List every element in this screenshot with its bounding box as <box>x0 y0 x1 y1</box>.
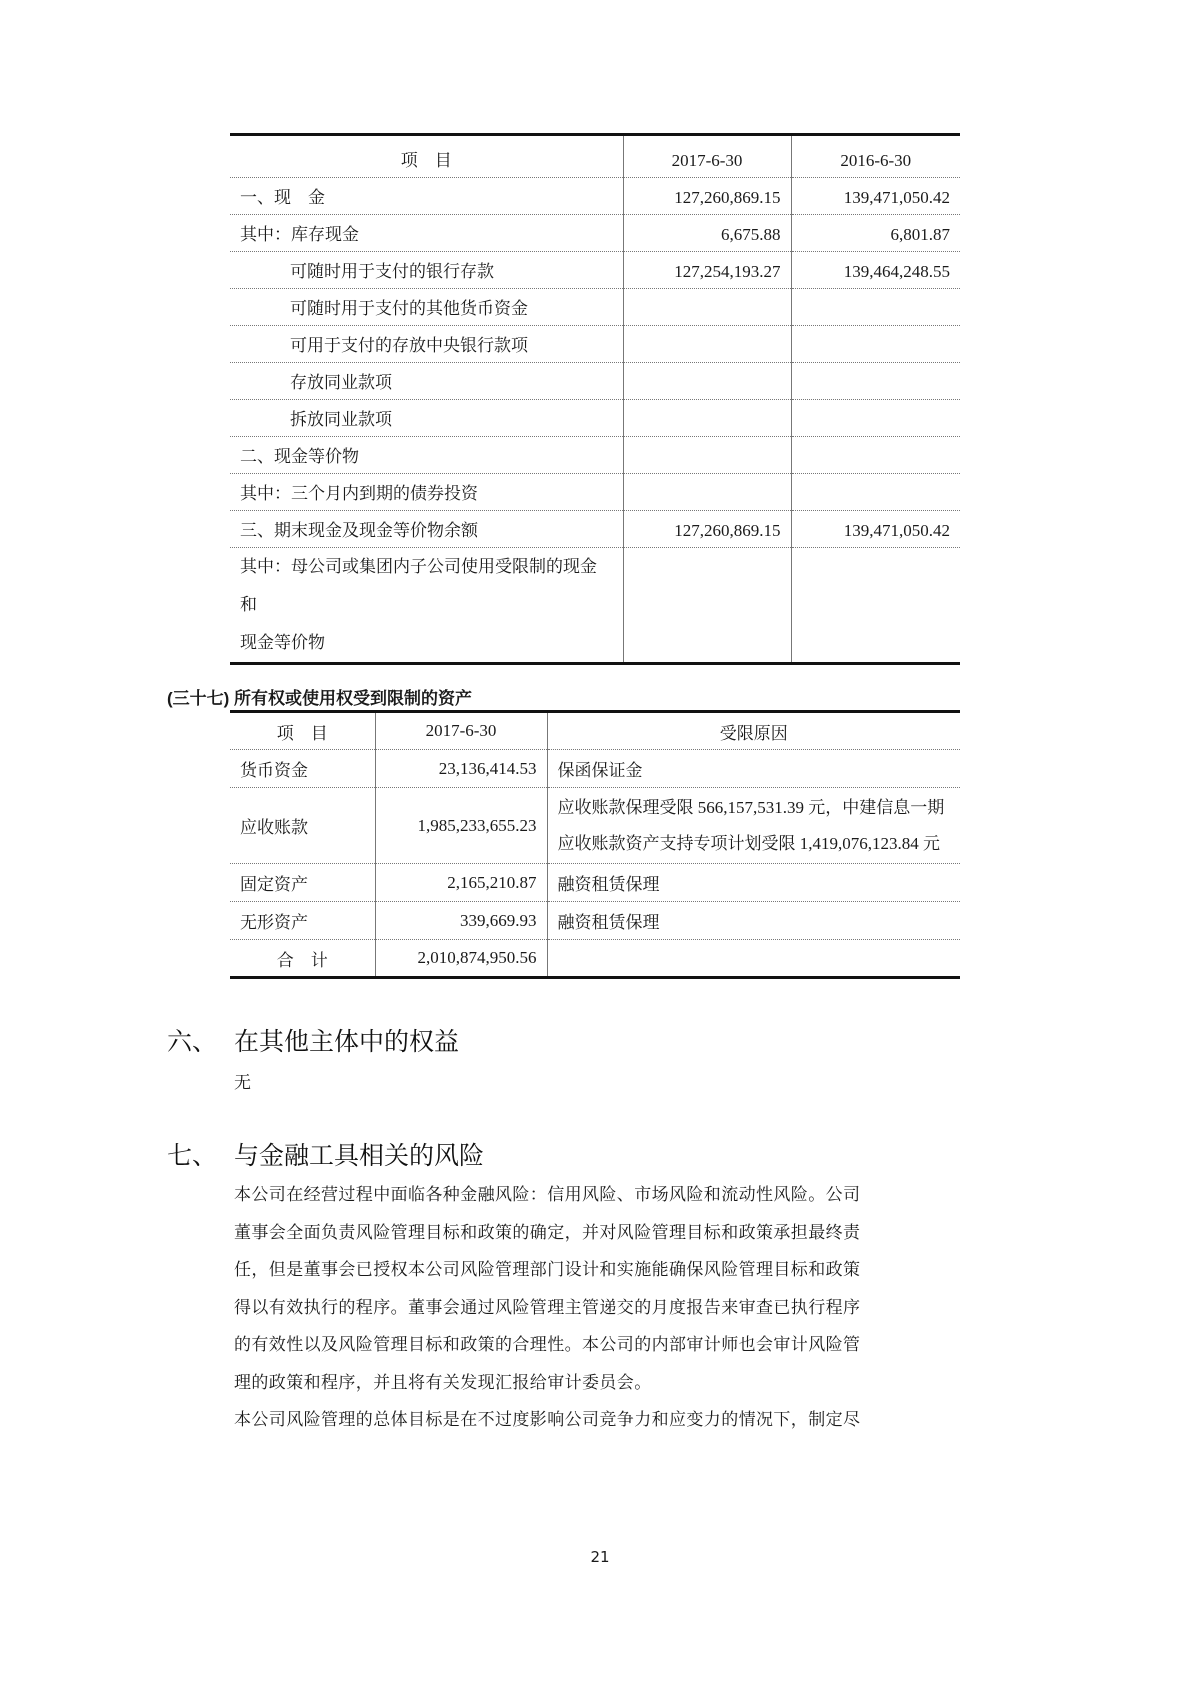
value-2016: 139,471,050.42 <box>791 511 960 548</box>
table-row: 可随时用于支付的其他货币资金 <box>230 289 960 326</box>
value-2016 <box>791 474 960 511</box>
value-2017 <box>623 326 791 363</box>
row-label: 一、现 金 <box>230 178 623 215</box>
value-2016 <box>791 326 960 363</box>
table-row: 存放同业款项 <box>230 363 960 400</box>
value-2016 <box>791 289 960 326</box>
item-value: 339,669.93 <box>375 902 547 940</box>
section7-title: 与金融工具相关的风险 <box>234 1136 484 1172</box>
table-row: 三、期末现金及现金等价物余额 127,260,869.15 139,471,05… <box>230 511 960 548</box>
value-2017 <box>623 363 791 400</box>
value-2017 <box>623 400 791 437</box>
header-item: 项 目 <box>230 712 375 750</box>
paragraph-line: 理的政策和程序，并且将有关发现汇报给审计委员会。 <box>234 1364 954 1402</box>
table-row: 一、现 金 127,260,869.15 139,471,050.42 <box>230 178 960 215</box>
row-label: 可随时用于支付的其他货币资金 <box>230 289 623 326</box>
table-row: 无形资产 339,669.93 融资租赁保理 <box>230 902 960 940</box>
item-name: 货币资金 <box>230 750 375 788</box>
value-2016 <box>791 400 960 437</box>
item-reason: 应收账款保理受限 566,157,531.39 元，中建信息一期 应收账款资产支… <box>547 788 960 864</box>
table-header-row: 项 目 2017-6-30 2016-6-30 <box>230 135 960 178</box>
paragraph-line: 本公司在经营过程中面临各种金融风险：信用风险、市场风险和流动性风险。公司 <box>234 1176 954 1214</box>
value-2016: 139,464,248.55 <box>791 252 960 289</box>
row-label: 其中：库存现金 <box>230 215 623 252</box>
section6-title: 在其他主体中的权益 <box>234 1022 459 1058</box>
value-2016 <box>791 363 960 400</box>
row-label: 可随时用于支付的银行存款 <box>230 252 623 289</box>
paragraph-line: 本公司风险管理的总体目标是在不过度影响公司竞争力和应变力的情况下，制定尽 <box>234 1401 954 1439</box>
section7-body: 本公司在经营过程中面临各种金融风险：信用风险、市场风险和流动性风险。公司 董事会… <box>234 1176 954 1439</box>
item-reason-line1: 应收账款保理受限 566,157,531.39 元，中建信息一期 <box>558 790 951 826</box>
paragraph-line: 任，但是董事会已授权本公司风险管理部门设计和实施能确保风险管理目标和政策 <box>234 1251 954 1289</box>
total-value: 2,010,874,950.56 <box>375 940 547 978</box>
total-row: 合 计 2,010,874,950.56 <box>230 940 960 978</box>
value-2016: 139,471,050.42 <box>791 178 960 215</box>
header-2017: 2017-6-30 <box>375 712 547 750</box>
value-2017: 6,675.88 <box>623 215 791 252</box>
value-2017: 127,260,869.15 <box>623 178 791 215</box>
item-reason-line2: 应收账款资产支持专项计划受限 1,419,076,123.84 元 <box>558 826 951 862</box>
value-2016 <box>791 437 960 474</box>
total-reason <box>547 940 960 978</box>
cash-equivalents-table: 项 目 2017-6-30 2016-6-30 一、现 金 127,260,86… <box>230 133 960 665</box>
item-reason: 保函保证金 <box>547 750 960 788</box>
item-name: 固定资产 <box>230 864 375 902</box>
table-row: 固定资产 2,165,210.87 融资租赁保理 <box>230 864 960 902</box>
header-2017: 2017-6-30 <box>623 135 791 178</box>
item-name: 应收账款 <box>230 788 375 864</box>
paragraph-line: 得以有效执行的程序。董事会通过风险管理主管递交的月度报告来审查已执行程序 <box>234 1289 954 1327</box>
row-label: 可用于支付的存放中央银行款项 <box>230 326 623 363</box>
table-row: 其中：三个月内到期的债券投资 <box>230 474 960 511</box>
restricted-assets-title: (三十七) 所有权或使用权受到限制的资产 <box>167 684 472 709</box>
section7-number: 七、 <box>167 1136 217 1172</box>
row-label: 二、现金等价物 <box>230 437 623 474</box>
header-reason: 受限原因 <box>547 712 960 750</box>
row-label-line1: 其中：母公司或集团内子公司使用受限制的现金和 <box>240 548 613 624</box>
table-header-row: 项 目 2017-6-30 受限原因 <box>230 712 960 750</box>
value-2017 <box>623 474 791 511</box>
row-label: 其中：三个月内到期的债券投资 <box>230 474 623 511</box>
restricted-assets-table: 项 目 2017-6-30 受限原因 货币资金 23,136,414.53 保函… <box>230 710 960 979</box>
section6-number: 六、 <box>167 1022 217 1058</box>
row-label-line2: 现金等价物 <box>240 624 613 662</box>
table-row: 拆放同业款项 <box>230 400 960 437</box>
row-label: 存放同业款项 <box>230 363 623 400</box>
table-row: 应收账款 1,985,233,655.23 应收账款保理受限 566,157,5… <box>230 788 960 864</box>
item-reason: 融资租赁保理 <box>547 902 960 940</box>
value-2017 <box>623 548 791 664</box>
paragraph-line: 董事会全面负责风险管理目标和政策的确定，并对风险管理目标和政策承担最终责 <box>234 1214 954 1252</box>
value-2017 <box>623 289 791 326</box>
row-label: 三、期末现金及现金等价物余额 <box>230 511 623 548</box>
section6-body: 无 <box>234 1068 251 1093</box>
table-row: 货币资金 23,136,414.53 保函保证金 <box>230 750 960 788</box>
page-number: 21 <box>0 1548 1200 1566</box>
value-2016 <box>791 548 960 664</box>
row-label: 其中：母公司或集团内子公司使用受限制的现金和 现金等价物 <box>230 548 623 664</box>
item-reason: 融资租赁保理 <box>547 864 960 902</box>
row-label: 拆放同业款项 <box>230 400 623 437</box>
paragraph-line: 的有效性以及风险管理目标和政策的合理性。本公司的内部审计师也会审计风险管 <box>234 1326 954 1364</box>
value-2017: 127,254,193.27 <box>623 252 791 289</box>
value-2016: 6,801.87 <box>791 215 960 252</box>
table-row: 二、现金等价物 <box>230 437 960 474</box>
item-value: 23,136,414.53 <box>375 750 547 788</box>
item-value: 1,985,233,655.23 <box>375 788 547 864</box>
table-row: 其中：库存现金 6,675.88 6,801.87 <box>230 215 960 252</box>
value-2017: 127,260,869.15 <box>623 511 791 548</box>
header-2016: 2016-6-30 <box>791 135 960 178</box>
table-row: 可随时用于支付的银行存款 127,254,193.27 139,464,248.… <box>230 252 960 289</box>
table-row: 可用于支付的存放中央银行款项 <box>230 326 960 363</box>
item-name: 无形资产 <box>230 902 375 940</box>
item-value: 2,165,210.87 <box>375 864 547 902</box>
table-row: 其中：母公司或集团内子公司使用受限制的现金和 现金等价物 <box>230 548 960 664</box>
total-label: 合 计 <box>230 940 375 978</box>
header-item: 项 目 <box>230 135 623 178</box>
value-2017 <box>623 437 791 474</box>
